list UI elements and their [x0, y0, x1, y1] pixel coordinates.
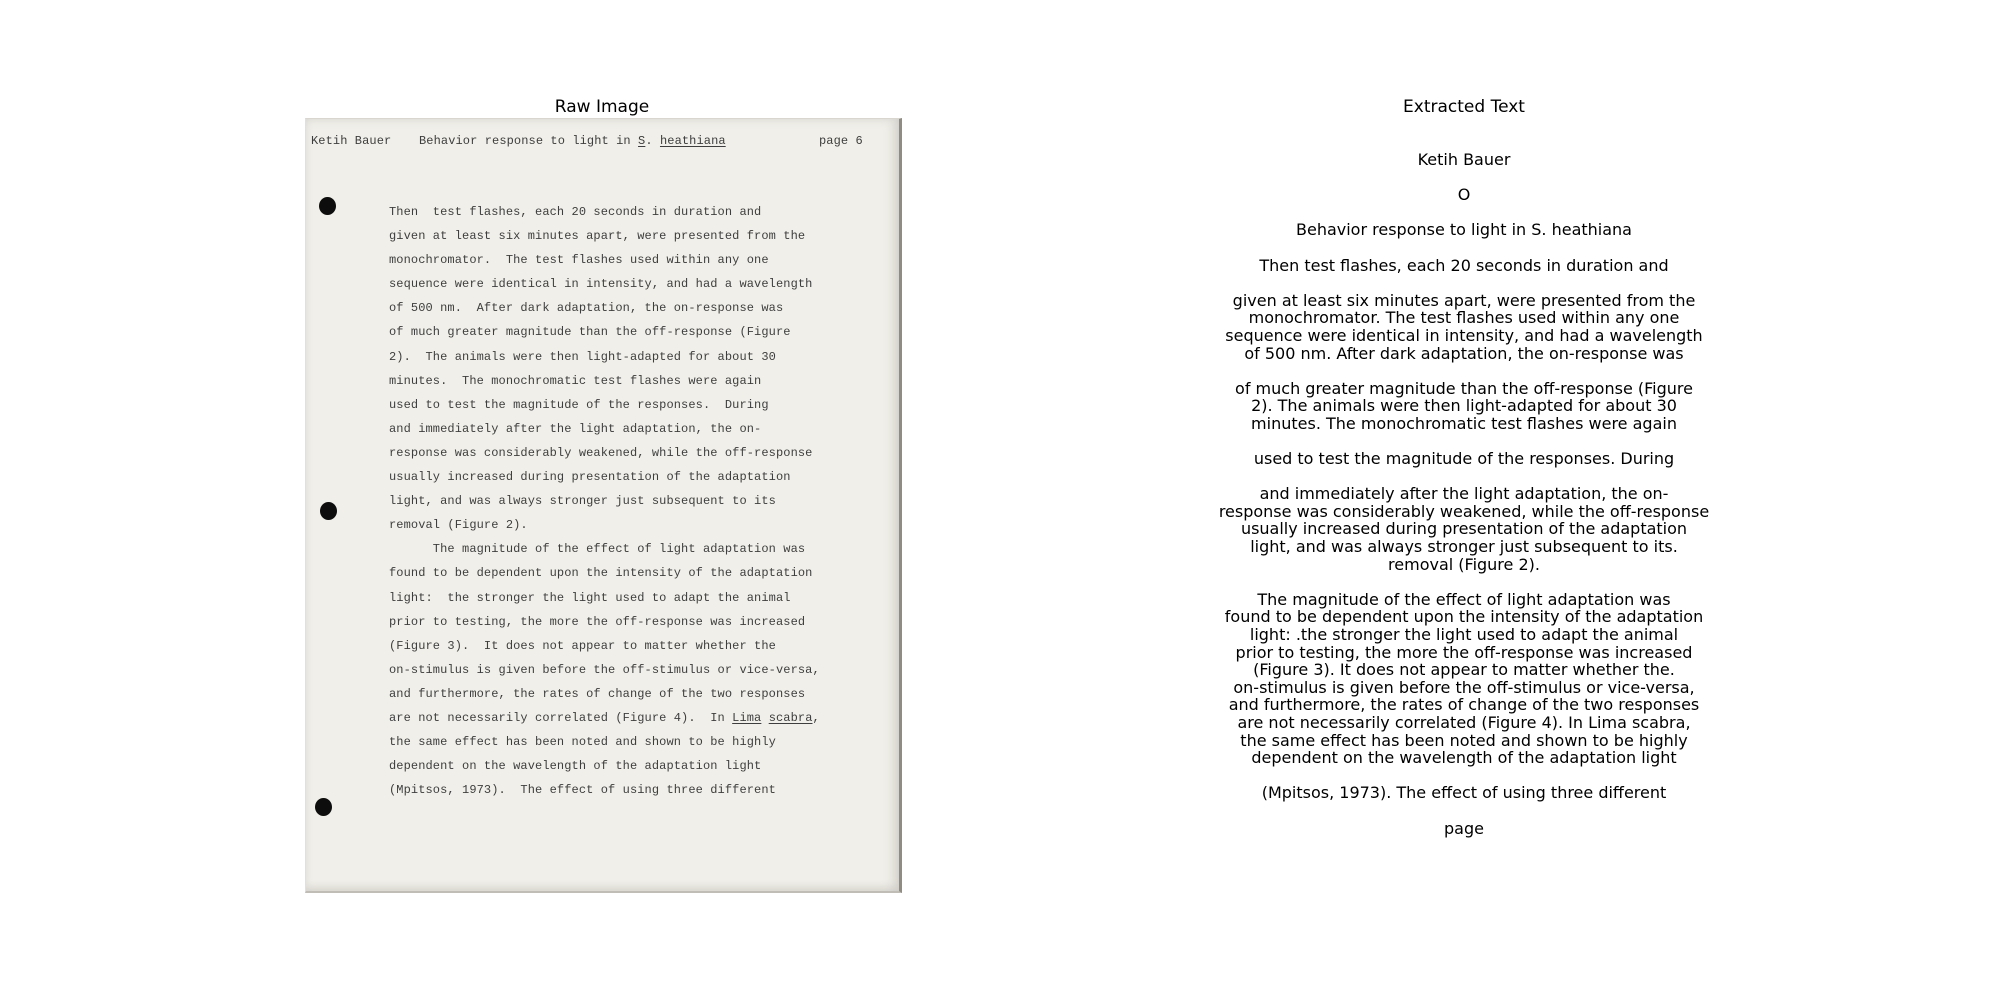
scan-line: monochromator. The test flashes used wit… — [389, 248, 859, 272]
scan-header-running-title: Behavior response to light in S. heathia… — [419, 134, 726, 148]
scan-line: and immediately after the light adaptati… — [389, 417, 859, 441]
extracted-para: Ketih Bauer — [1164, 151, 1764, 169]
scan-line: (Mpitsos, 1973). The effect of using thr… — [389, 778, 859, 802]
scan-line: of 500 nm. After dark adaptation, the on… — [389, 296, 859, 320]
scan-line: (Figure 3). It does not appear to matter… — [389, 634, 859, 658]
scan-body-text: Then test flashes, each 20 seconds in du… — [389, 200, 859, 802]
extracted-para: Then test flashes, each 20 seconds in du… — [1164, 257, 1764, 275]
scan-line: The magnitude of the effect of light ada… — [389, 537, 859, 561]
extracted-text-body: Ketih BauerOBehavior response to light i… — [1164, 151, 1764, 855]
hole-punch-dot — [320, 502, 337, 520]
extracted-para: and immediately after the light adaptati… — [1164, 485, 1764, 573]
scan-line: prior to testing, the more the off-respo… — [389, 610, 859, 634]
extracted-para: Behavior response to light in S. heathia… — [1164, 221, 1764, 239]
scan-line: given at least six minutes apart, were p… — [389, 224, 859, 248]
scan-line: Then test flashes, each 20 seconds in du… — [389, 200, 859, 224]
scan-header-author: Ketih Bauer — [311, 134, 391, 148]
scan-line: dependent on the wavelength of the adapt… — [389, 754, 859, 778]
extracted-para: of much greater magnitude than the off-r… — [1164, 380, 1764, 433]
scan-header-page-number: page 6 — [819, 134, 863, 148]
extracted-para: given at least six minutes apart, were p… — [1164, 292, 1764, 362]
scan-line: usually increased during presentation of… — [389, 465, 859, 489]
scan-line: used to test the magnitude of the respon… — [389, 393, 859, 417]
extracted-text-panel-title: Extracted Text — [1264, 97, 1664, 117]
scan-line: found to be dependent upon the intensity… — [389, 561, 859, 585]
scan-line: are not necessarily correlated (Figure 4… — [389, 706, 859, 730]
scan-line: the same effect has been noted and shown… — [389, 730, 859, 754]
scan-line: of much greater magnitude than the off-r… — [389, 320, 859, 344]
scan-line: light: the stronger the light used to ad… — [389, 586, 859, 610]
scan-line: removal (Figure 2). — [389, 513, 859, 537]
extracted-para: (Mpitsos, 1973). The effect of using thr… — [1164, 784, 1764, 802]
extracted-para: The magnitude of the effect of light ada… — [1164, 591, 1764, 767]
extracted-para: used to test the magnitude of the respon… — [1164, 450, 1764, 468]
extracted-para: O — [1164, 186, 1764, 204]
scan-line: response was considerably weakened, whil… — [389, 441, 859, 465]
hole-punch-dot — [319, 197, 336, 215]
scan-line: sequence were identical in intensity, an… — [389, 272, 859, 296]
scan-line: light, and was always stronger just subs… — [389, 489, 859, 513]
scan-line: minutes. The monochromatic test flashes … — [389, 369, 859, 393]
scan-page-header: Ketih Bauer Behavior response to light i… — [306, 134, 899, 154]
scan-line: 2). The animals were then light-adapted … — [389, 345, 859, 369]
hole-punch-dot — [315, 798, 332, 816]
raw-image-panel-title: Raw Image — [402, 97, 802, 117]
scanned-document-page: Ketih Bauer Behavior response to light i… — [305, 118, 902, 893]
ocr-comparison-figure: Raw Image Extracted Text Ketih Bauer Beh… — [0, 0, 2000, 1000]
scan-line: on-stimulus is given before the off-stim… — [389, 658, 859, 682]
extracted-para: page — [1164, 820, 1764, 838]
scan-line: and furthermore, the rates of change of … — [389, 682, 859, 706]
